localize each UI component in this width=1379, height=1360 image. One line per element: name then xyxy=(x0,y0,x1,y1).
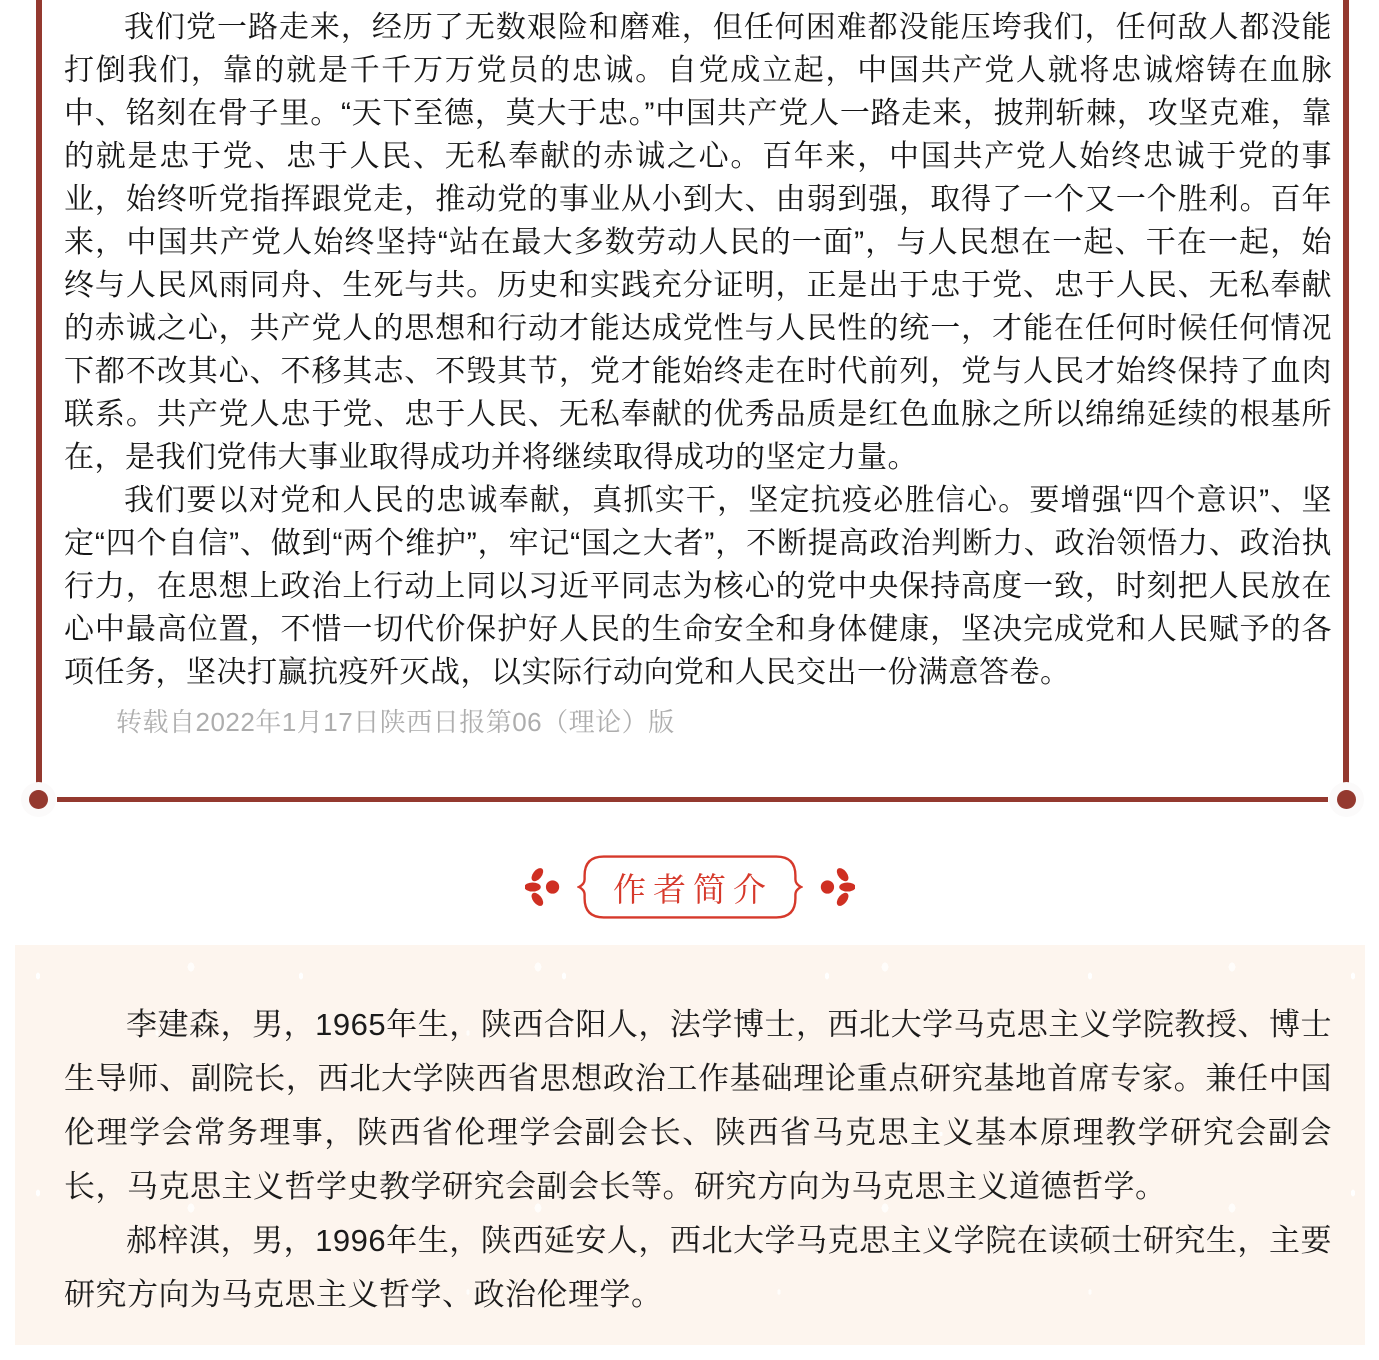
article-paragraph: 我们要以对党和人民的忠诚奉献，真抓实干，坚定抗疫必胜信心。要增强“四个意识”、坚… xyxy=(64,479,1332,694)
author-bio-paragraph: 李建森，男，1965年生，陕西合阳人，法学博士，西北大学马克思主义学院教授、博士… xyxy=(64,998,1332,1214)
quote-frame-bottom-rule xyxy=(57,797,1328,802)
source-attribution: 转载自2022年1月17日陕西日报第06（理论）版 xyxy=(64,700,1332,744)
quote-frame-right-rule xyxy=(1343,0,1349,784)
author-badge: 作者简介 xyxy=(577,852,803,922)
author-bio-body: 李建森，男，1965年生，陕西合阳人，法学博士，西北大学马克思主义学院教授、博士… xyxy=(64,998,1332,1322)
article-body: 我们党一路走来，经历了无数艰险和磨难，但任何困难都没能压垮我们，任何敌人都没能打… xyxy=(64,6,1332,744)
quote-frame-left-rule xyxy=(36,0,42,784)
petal-flourish-right-icon xyxy=(817,864,855,910)
author-badge-label: 作者简介 xyxy=(577,852,803,922)
quote-frame-right-dot xyxy=(1337,790,1356,809)
quote-frame-left-dot xyxy=(29,790,48,809)
petal-flourish-left-icon xyxy=(525,864,563,910)
author-badge-row: 作者简介 xyxy=(525,852,855,922)
author-bio-paragraph: 郝梓淇，男，1996年生，陕西延安人，西北大学马克思主义学院在读硕士研究生，主要… xyxy=(64,1214,1332,1322)
author-bio-panel: 李建森，男，1965年生，陕西合阳人，法学博士，西北大学马克思主义学院教授、博士… xyxy=(15,945,1365,1345)
article-page: 我们党一路走来，经历了无数艰险和磨难，但任何困难都没能压垮我们，任何敌人都没能打… xyxy=(0,0,1379,1360)
article-paragraph: 我们党一路走来，经历了无数艰险和磨难，但任何困难都没能压垮我们，任何敌人都没能打… xyxy=(64,6,1332,479)
